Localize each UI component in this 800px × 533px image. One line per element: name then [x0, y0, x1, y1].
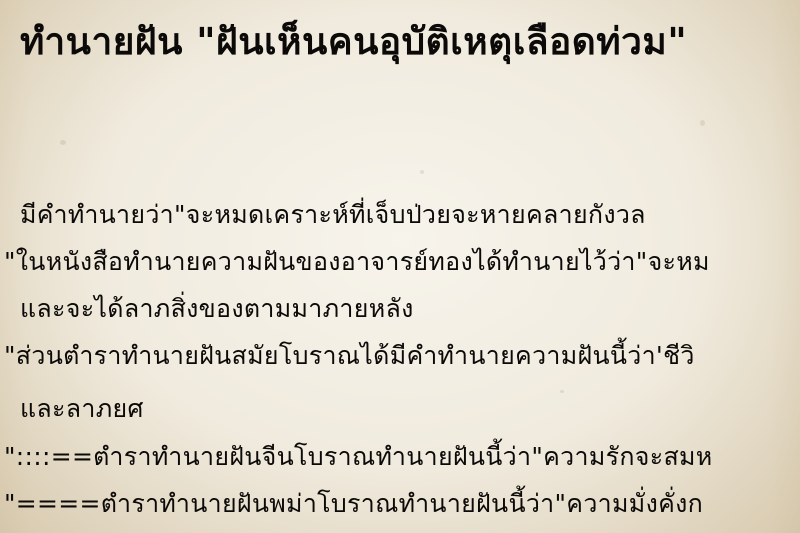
paper-speck — [700, 120, 705, 126]
paper-speck — [420, 170, 424, 174]
text-line: "ส่วนตำราทำนายฝันสมัยโบราณได้มีคำทำนายคว… — [4, 336, 695, 376]
text-line: มีคำทำนายว่า"จะหมดเคราะห์ที่เจ็บป่วยจะหา… — [20, 195, 646, 235]
page-title: ทำนายฝัน "ฝันเห็นคนอุบัติเหตุเลือดท่วม" — [20, 12, 800, 71]
text-line: "====ตำราทำนายฝันพม่าโบราณทำนายฝันนี้ว่า… — [4, 484, 703, 524]
text-line: และลาภยศ — [20, 389, 144, 429]
text-line: "ในหนังสือทำนายความฝันของอาจารย์ทองได้ทำ… — [4, 242, 710, 282]
paper-speck — [560, 390, 564, 393]
paper-speck — [60, 140, 66, 145]
text-line: "::::==ตำราทำนายฝันจีนโบราณทำนายฝันนี้ว่… — [4, 437, 713, 477]
text-line: และจะได้ลาภสิ่งของตามมาภายหลัง — [20, 289, 414, 329]
